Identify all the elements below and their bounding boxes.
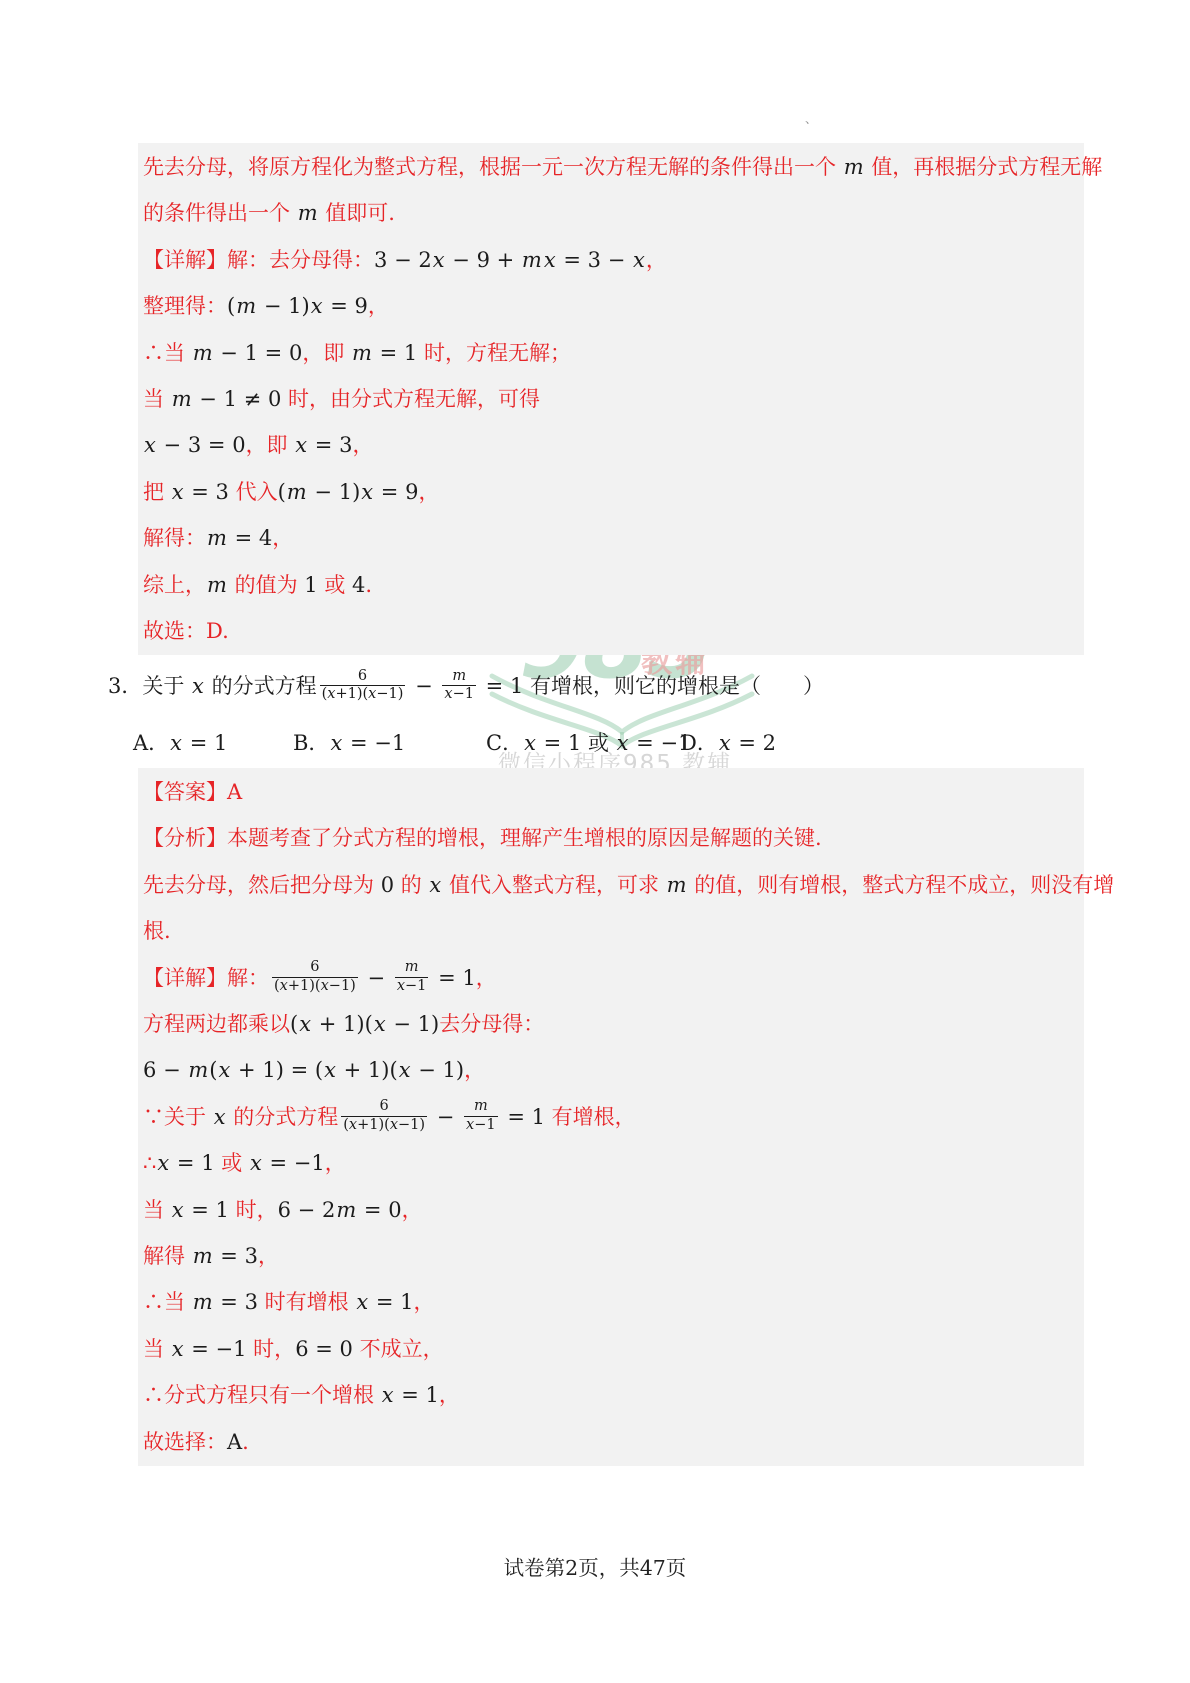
math-expression: m = 3: [192, 1244, 258, 1268]
math-expression: 6 − m(x + 1) = (x + 1)(x − 1): [143, 1058, 464, 1082]
math-expression: (x + 1)(x − 1): [290, 1012, 439, 1036]
red-commentary-text: 值，再根据分式方程无解: [865, 155, 1103, 179]
red-commentary-text: 或: [215, 1151, 249, 1175]
red-commentary-text: ∵关于: [143, 1105, 213, 1129]
red-commentary-text: ，: [464, 1058, 485, 1082]
red-commentary-text: 的条件得出一个: [143, 201, 297, 225]
black-text: A．: [133, 731, 169, 755]
red-commentary-text: ，即: [302, 341, 351, 365]
red-commentary-text: ，: [476, 966, 497, 990]
red-commentary-text: 当: [143, 1337, 171, 1361]
black-text: C．: [486, 731, 523, 755]
fraction-numerator: 6: [356, 668, 369, 685]
red-commentary-text: 的值为: [228, 573, 304, 597]
text-line: ∴分式方程只有一个增根 x = 1，: [143, 1372, 1084, 1418]
math-expression: = 1: [501, 1105, 545, 1129]
math-expression: x: [213, 1105, 227, 1129]
red-commentary-text: ，: [258, 1244, 279, 1268]
black-text: D．: [680, 731, 718, 755]
math-expression: x = −1: [329, 731, 405, 755]
math-expression: m = 3: [192, 1290, 258, 1314]
text-line: 的条件得出一个 m 值即可.: [143, 190, 1084, 236]
red-commentary-text: 先去分母，将原方程化为整式方程，根据一元一次方程无解的条件得出一个: [143, 155, 843, 179]
black-text: 的分式方程: [205, 674, 317, 698]
red-commentary-text: 值即可.: [319, 201, 395, 225]
math-expression: m − 1 = 0: [192, 341, 303, 365]
red-commentary-text: 当: [143, 387, 171, 411]
fraction-numerator: 6: [378, 1098, 391, 1115]
math-expression: x = 1: [381, 1383, 439, 1407]
fraction-numerator: m: [450, 668, 468, 685]
math-expression: −: [430, 1105, 461, 1129]
stray-mark: 、: [805, 110, 817, 127]
text-line: 3．关于 x 的分式方程6(x+1)(x−1) − mx−1 = 1 有增根，则…: [108, 658, 824, 714]
option: B．x = −1: [293, 726, 405, 760]
red-commentary-text: 时，方程无解；: [417, 341, 571, 365]
black-text: B．: [293, 731, 329, 755]
red-commentary-text: 【答案】A: [143, 780, 242, 804]
math-expression: 1: [304, 573, 317, 597]
math-expression: m − 1 ≠ 0: [171, 387, 282, 411]
math-expression: 0: [381, 873, 394, 897]
text-line: 故选择：A.: [143, 1419, 1084, 1465]
red-commentary-text: 【分析】本题考查了分式方程的增根，理解产生增根的原因是解题的关键.: [143, 826, 822, 850]
answer-letter: A: [227, 1430, 242, 1454]
math-expression: m = 4: [206, 526, 272, 550]
text-line: ∵关于 x 的分式方程6(x+1)(x−1) − mx−1 = 1 有增根，: [143, 1094, 1084, 1140]
fraction-denominator: x−1: [395, 977, 429, 995]
page-footer: 试卷第2页，共47页: [0, 1551, 1190, 1581]
red-commentary-text: ，: [402, 1198, 423, 1222]
text-line: 整理得：(m − 1)x = 9，: [143, 283, 1084, 329]
red-commentary-text: 故选择：: [143, 1430, 227, 1454]
red-commentary-text: 【详解】解：: [143, 966, 269, 990]
math-expression: m: [666, 873, 688, 897]
text-line: 【详解】解：6(x+1)(x−1) − mx−1 = 1，: [143, 955, 1084, 1001]
red-commentary-text: ，: [418, 480, 439, 504]
math-expression: m: [843, 155, 865, 179]
red-commentary-text: 去分母得：: [439, 1012, 544, 1036]
red-commentary-text: 根.: [143, 919, 171, 943]
fraction: mx−1: [442, 668, 476, 704]
question-3-stem: 3．关于 x 的分式方程6(x+1)(x−1) − mx−1 = 1 有增根，则…: [108, 658, 824, 714]
text-line: 【答案】A: [143, 769, 1084, 815]
red-commentary-text: ∴分式方程只有一个增根: [143, 1383, 381, 1407]
red-commentary-text: 时，: [229, 1198, 278, 1222]
red-commentary-text: ，即: [246, 433, 295, 457]
fraction-denominator: (x+1)(x−1): [320, 685, 406, 703]
math-expression: −: [408, 674, 439, 698]
red-commentary-text: ∴当: [143, 1290, 192, 1314]
fraction-denominator: (x+1)(x−1): [272, 977, 358, 995]
question-3-options: A．x = 1B．x = −1C．x = 1 或 x = −1D．x = 2: [0, 726, 1190, 760]
red-commentary-text: ，: [646, 248, 667, 272]
text-line: 先去分母，将原方程化为整式方程，根据一元一次方程无解的条件得出一个 m 值，再根…: [143, 144, 1084, 190]
math-expression: = 1: [431, 966, 475, 990]
text-line: 解得：m = 4，: [143, 515, 1084, 561]
fraction: mx−1: [464, 1098, 498, 1134]
text-line: ∴x = 1 或 x = −1，: [143, 1140, 1084, 1186]
red-commentary-text: 的值，则有增根，整式方程不成立，则没有增: [688, 873, 1115, 897]
red-commentary-text: ，: [414, 1290, 435, 1314]
text-line: 把 x = 3 代入(m − 1)x = 9，: [143, 469, 1084, 515]
fraction-denominator: x−1: [464, 1116, 498, 1134]
red-commentary-text: 时有增根: [258, 1290, 355, 1314]
text-line: 先去分母，然后把分母为 0 的 x 值代入整式方程，可求 m 的值，则有增根，整…: [143, 862, 1084, 908]
math-expression: x = 3: [294, 433, 352, 457]
math-expression: (m − 1)x = 9: [227, 294, 368, 318]
red-commentary-text: 方程两边都乘以: [143, 1012, 290, 1036]
fraction-denominator: (x+1)(x−1): [341, 1116, 427, 1134]
math-expression: m = 1: [351, 341, 417, 365]
red-commentary-text: ∴当: [143, 341, 192, 365]
math-expression: x = 1: [355, 1290, 413, 1314]
red-commentary-text: 时，: [247, 1337, 296, 1361]
red-commentary-text: 综上，: [143, 573, 206, 597]
red-commentary-text: ，: [439, 1383, 460, 1407]
math-expression: x = 3: [171, 480, 229, 504]
red-commentary-text: ，: [325, 1151, 346, 1175]
red-commentary-text: .: [365, 573, 372, 597]
fraction-denominator: x−1: [442, 685, 476, 703]
red-commentary-text: ，: [352, 433, 373, 457]
solution-block-question2: 先去分母，将原方程化为整式方程，根据一元一次方程无解的条件得出一个 m 值，再根…: [138, 143, 1084, 655]
text-line: 综上，m 的值为 1 或 4.: [143, 562, 1084, 608]
math-expression: x = 1: [171, 1198, 229, 1222]
text-line: 解得 m = 3，: [143, 1233, 1084, 1279]
math-expression: x − 3 = 0: [143, 433, 246, 457]
math-expression: = 1: [479, 674, 523, 698]
math-expression: x = −1: [249, 1151, 325, 1175]
fraction: 6(x+1)(x−1): [272, 959, 358, 995]
red-commentary-text: 故选：D.: [143, 619, 229, 643]
red-commentary-text: 把: [143, 480, 171, 504]
red-commentary-text: 时，由分式方程无解，可得: [281, 387, 540, 411]
solution-block-question3: 【答案】A【分析】本题考查了分式方程的增根，理解产生增根的原因是解题的关键.先去…: [138, 768, 1084, 1466]
red-commentary-text: 先去分母，然后把分母为: [143, 873, 381, 897]
math-expression: 6 = 0: [295, 1337, 353, 1361]
red-commentary-text: ，: [368, 294, 389, 318]
math-expression: 4: [352, 573, 365, 597]
text-line: 根.: [143, 908, 1084, 954]
text-line: 【分析】本题考查了分式方程的增根，理解产生增根的原因是解题的关键.: [143, 815, 1084, 861]
text-line: 故选：D.: [143, 608, 1084, 654]
math-expression: x = −1: [171, 1337, 247, 1361]
fraction-numerator: 6: [308, 959, 321, 976]
text-line: 当 x = −1 时，6 = 0 不成立，: [143, 1326, 1084, 1372]
red-commentary-text: 的分式方程: [227, 1105, 339, 1129]
black-text: 或: [581, 731, 615, 755]
text-line: x − 3 = 0，即 x = 3，: [143, 422, 1084, 468]
red-commentary-text: 有增根，: [545, 1105, 636, 1129]
fraction: 6(x+1)(x−1): [320, 668, 406, 704]
text-line: ∴当 m − 1 = 0，即 m = 1 时，方程无解；: [143, 330, 1084, 376]
math-expression: x = 1: [169, 731, 227, 755]
text-line: 6 − m(x + 1) = (x + 1)(x − 1)，: [143, 1047, 1084, 1093]
math-expression: x = 2: [718, 731, 776, 755]
math-expression: x = 1: [156, 1151, 214, 1175]
red-commentary-text: 代入: [229, 480, 278, 504]
math-expression: m: [206, 573, 228, 597]
black-text: 3．关于: [108, 674, 191, 698]
red-commentary-text: 解得：: [143, 526, 206, 550]
red-commentary-text: 的: [394, 873, 428, 897]
option: C．x = 1 或 x = −1: [486, 726, 691, 760]
text-line: 当 x = 1 时，6 − 2m = 0，: [143, 1187, 1084, 1233]
math-expression: 3 − 2x − 9 + mx = 3 − x: [374, 248, 646, 272]
red-commentary-text: ∴: [143, 1151, 156, 1175]
red-commentary-text: 当: [143, 1198, 171, 1222]
text-line: ∴当 m = 3 时有增根 x = 1，: [143, 1279, 1084, 1325]
red-commentary-text: .: [242, 1430, 249, 1454]
math-expression: x: [191, 674, 205, 698]
red-commentary-text: 或: [318, 573, 352, 597]
red-commentary-text: 整理得：: [143, 294, 227, 318]
red-commentary-text: ，: [272, 526, 293, 550]
red-commentary-text: 【详解】解：去分母得：: [143, 248, 374, 272]
math-expression: (m − 1)x = 9: [278, 480, 419, 504]
math-expression: −: [361, 966, 392, 990]
text-line: 【详解】解：去分母得：3 − 2x − 9 + mx = 3 − x，: [143, 237, 1084, 283]
math-expression: m: [297, 201, 319, 225]
red-commentary-text: 解得: [143, 1244, 192, 1268]
math-expression: x: [428, 873, 442, 897]
math-expression: 6 − 2m = 0: [278, 1198, 402, 1222]
option: A．x = 1: [133, 726, 227, 760]
fraction-numerator: m: [472, 1098, 490, 1115]
fraction-numerator: m: [403, 959, 421, 976]
text-line: 方程两边都乘以(x + 1)(x − 1)去分母得：: [143, 1001, 1084, 1047]
text-line: 当 m − 1 ≠ 0 时，由分式方程无解，可得: [143, 376, 1084, 422]
math-expression: x = 1: [523, 731, 581, 755]
black-text: 有增根，则它的增根是（ ）: [523, 674, 824, 698]
red-commentary-text: 不成立，: [353, 1337, 444, 1361]
fraction: 6(x+1)(x−1): [341, 1098, 427, 1134]
fraction: mx−1: [395, 959, 429, 995]
option: D．x = 2: [680, 726, 776, 760]
red-commentary-text: 值代入整式方程，可求: [442, 873, 665, 897]
